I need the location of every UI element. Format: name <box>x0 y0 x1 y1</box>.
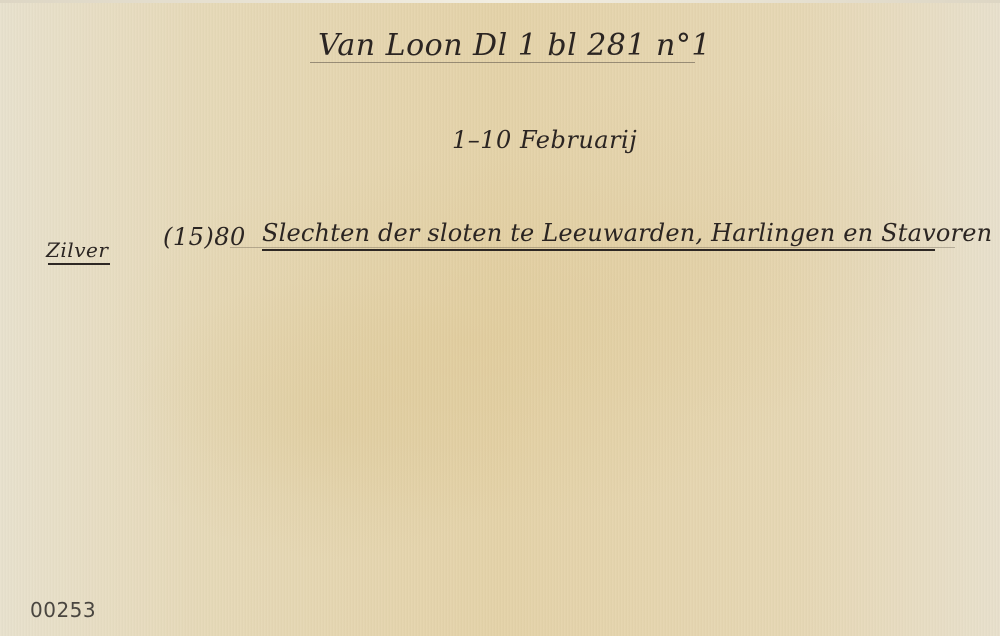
category-underline <box>48 263 110 265</box>
category-label: Zilver <box>46 238 108 262</box>
entry-title: Slechten der sloten te Leeuwarden, Harli… <box>262 219 992 247</box>
catalog-number: 00253 <box>30 598 96 622</box>
reference-heading: Van Loon Dl 1 bl 281 n°1 <box>318 28 711 63</box>
date-line: 1–10 Februarij <box>452 126 637 154</box>
entry-rule-line <box>230 247 955 248</box>
card-top-edge <box>0 0 1000 3</box>
index-card: Van Loon Dl 1 bl 281 n°1 1–10 Februarij … <box>0 0 1000 636</box>
entry-title-underline <box>262 249 935 251</box>
reference-rule-line <box>310 62 695 63</box>
